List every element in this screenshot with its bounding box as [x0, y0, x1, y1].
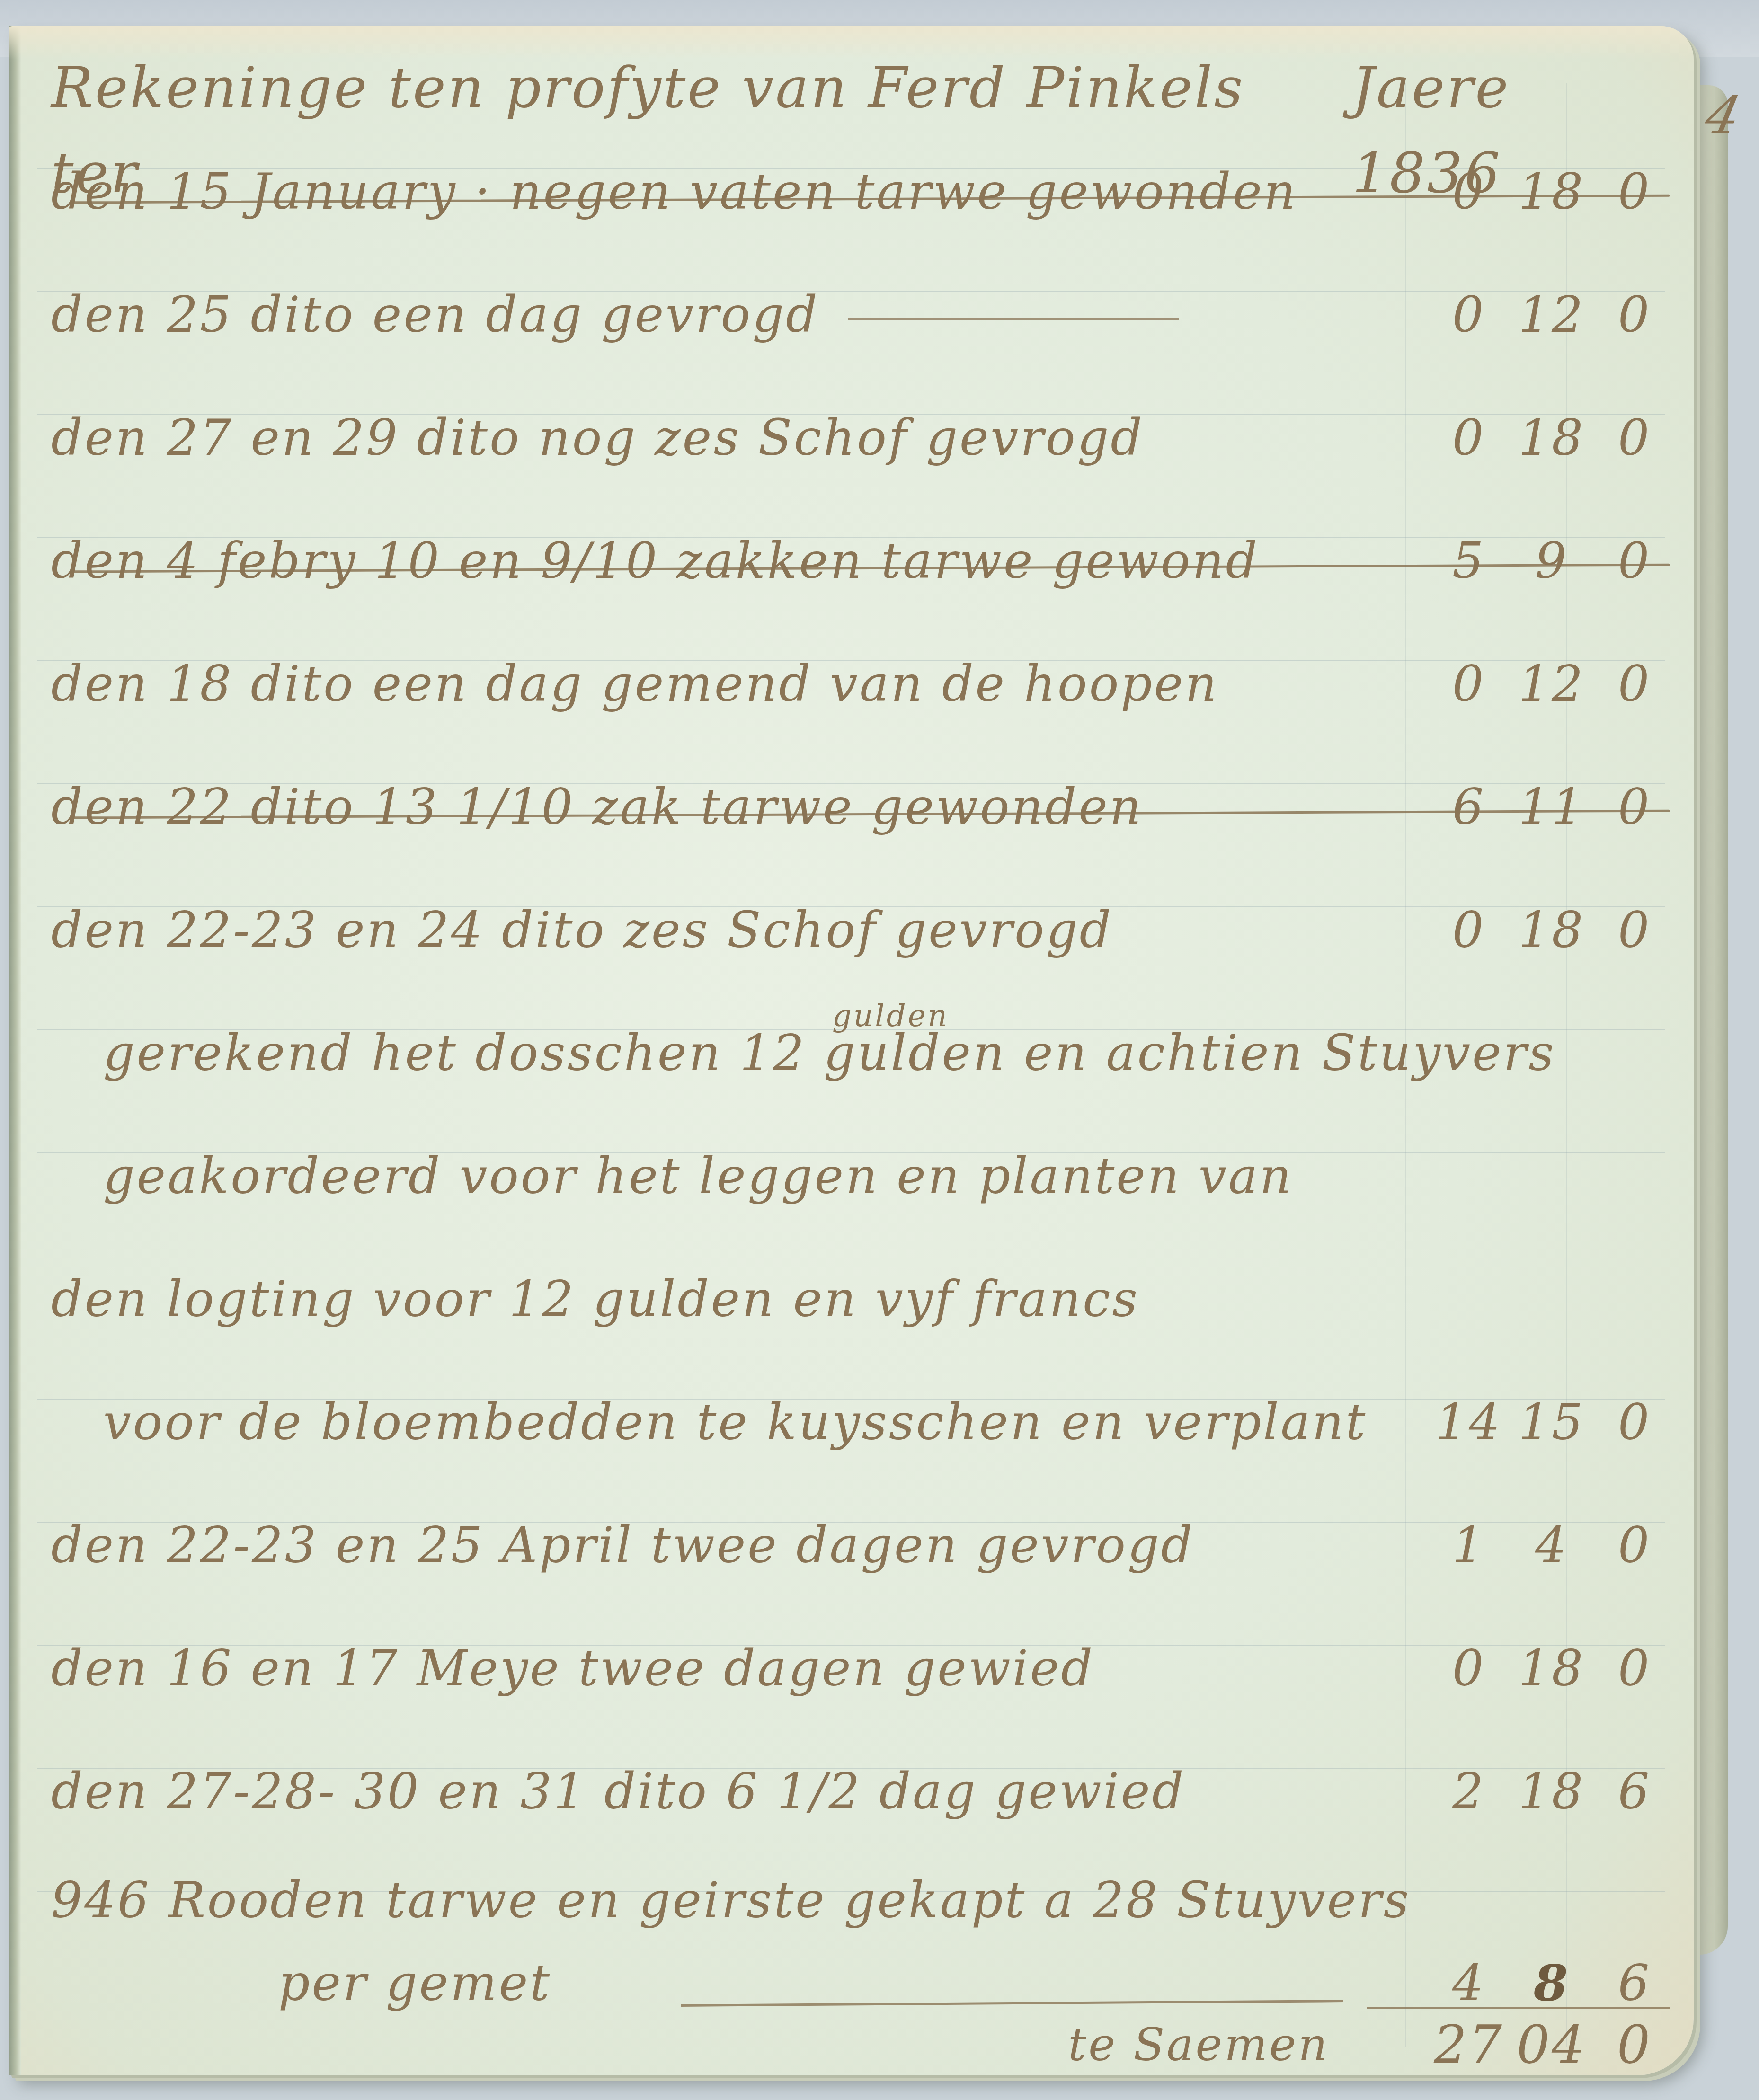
entry-description: geakordeerd voor het leggen en planten v… [51, 1147, 1429, 1205]
amount-stuivers: 18 [1511, 409, 1592, 467]
amount-stuivers: 15 [1511, 1393, 1592, 1451]
amount-stuivers: 18 [1511, 163, 1592, 221]
total-guldens: 27 [1429, 2014, 1509, 2075]
entry-amount: 0 18 0 [1429, 1639, 1679, 1697]
ledger-entry: voor de bloembedden te kuysschen en verp… [51, 1377, 1679, 1467]
entry-amount: 0 18 0 [1429, 163, 1679, 221]
entry-description: den 22 dito 13 1/10 zak tarwe gewonden [51, 778, 1429, 836]
ledger-entry: gerekend het dosschen 12 gulden en achti… [51, 1008, 1679, 1098]
entry-description: den 22-23 en 24 dito zes Schof gevrogd [51, 901, 1429, 959]
entry-description: gerekend het dosschen 12 gulden en achti… [51, 1024, 1556, 1082]
ledger-entry: 946 Rooden tarwe en geirste gekapt a 28 … [51, 1855, 1679, 1945]
amount-stuivers: 18 [1511, 1763, 1592, 1820]
amount-penningen: 0 [1594, 1516, 1675, 1574]
entry-description: 946 Rooden tarwe en geirste gekapt a 28 … [51, 1871, 1429, 1929]
amount-guldens: 0 [1429, 163, 1509, 221]
amount-guldens: 5 [1429, 532, 1509, 590]
entry-amount: 0 18 0 [1429, 901, 1679, 959]
ledger-entry: den 25 dito een dag gevrogd 0 12 0 [51, 270, 1679, 360]
book-spine [9, 26, 21, 2075]
amount-guldens: 6 [1429, 778, 1509, 836]
entry-amount: 0 12 0 [1429, 655, 1679, 713]
entry-description: den 22-23 en 25 April twee dagen gevrogd [51, 1516, 1429, 1574]
ledger-entry: geakordeerd voor het leggen en planten v… [51, 1131, 1679, 1221]
entry-amount: 1 4 0 [1429, 1516, 1679, 1574]
entry-description: den 27-28- 30 en 31 dito 6 1/2 dag gewie… [51, 1763, 1429, 1820]
ledger-entry: den 18 dito een dag gemend van de hoopen… [51, 639, 1679, 729]
entry-description: den 27 en 29 dito nog zes Schof gevrogd [51, 409, 1429, 467]
amount-stuivers: 18 [1511, 1639, 1592, 1697]
ledger-total: te Saemen 27 04 0 [51, 2000, 1679, 2090]
filler-line [848, 318, 1179, 320]
amount-stuivers: 12 [1511, 286, 1592, 344]
entry-description: den 25 dito een dag gevrogd [51, 286, 1429, 344]
amount-guldens: 1 [1429, 1516, 1509, 1574]
entry-description: den 4 febry 10 en 9/10 zakken tarwe gewo… [51, 532, 1429, 590]
amount-guldens: 2 [1429, 1763, 1509, 1820]
amount-penningen: 0 [1594, 901, 1675, 959]
ledger-entry: den 22-23 en 24 dito zes Schof gevrogd 0… [51, 885, 1679, 975]
entry-amount: 14 15 0 [1429, 1393, 1679, 1451]
amount-guldens: 0 [1429, 409, 1509, 467]
ledger-entry: den 27 en 29 dito nog zes Schof gevrogd … [51, 393, 1679, 483]
amount-penningen: 0 [1594, 1639, 1675, 1697]
ledger-entry: den 27-28- 30 en 31 dito 6 1/2 dag gewie… [51, 1746, 1679, 1836]
total-penningen: 0 [1594, 2014, 1675, 2075]
total-label: te Saemen [51, 2018, 1429, 2071]
total-stuivers: 04 [1511, 2014, 1592, 2075]
entry-amount: 0 18 0 [1429, 409, 1679, 467]
amount-penningen: 0 [1594, 409, 1675, 467]
amount-stuivers: 11 [1511, 778, 1592, 836]
amount-penningen: 0 [1594, 1393, 1675, 1451]
amount-guldens: 0 [1429, 901, 1509, 959]
entry-amount: 6 11 0 [1429, 778, 1679, 836]
entry-description: den 15 January · negen vaten tarwe gewon… [51, 163, 1429, 221]
entry-description: den 18 dito een dag gemend van de hoopen [51, 655, 1429, 713]
amount-penningen: 0 [1594, 778, 1675, 836]
amount-penningen: 6 [1594, 1763, 1675, 1820]
ledger-entry: den 16 en 17 Meye twee dagen gewied 0 18… [51, 1623, 1679, 1713]
amount-guldens: 0 [1429, 286, 1509, 344]
entry-amount: 2 18 6 [1429, 1763, 1679, 1820]
amount-stuivers: 18 [1511, 901, 1592, 959]
ledger-entry: den 22-23 en 25 April twee dagen gevrogd… [51, 1500, 1679, 1590]
ledger-entry: den 22 dito 13 1/10 zak tarwe gewonden 6… [51, 762, 1679, 852]
ledger-entry: den logting voor 12 gulden en vyf francs [51, 1254, 1679, 1344]
interlinear-insertion: gulden [832, 999, 949, 1034]
entry-amount: 5 9 0 [1429, 532, 1679, 590]
ledger-page: Rekeninge ten profyte van Ferd Pinkels t… [9, 26, 1694, 2075]
amount-penningen: 0 [1594, 286, 1675, 344]
amount-penningen: 0 [1594, 532, 1675, 590]
amount-penningen: 0 [1594, 163, 1675, 221]
ledger-entry: den 4 febry 10 en 9/10 zakken tarwe gewo… [51, 516, 1679, 606]
amount-guldens: 0 [1429, 1639, 1509, 1697]
ledger-entry: den 15 January · negen vaten tarwe gewon… [51, 147, 1679, 237]
entry-amount: 0 12 0 [1429, 286, 1679, 344]
amount-penningen: 0 [1594, 655, 1675, 713]
entry-description: voor de bloembedden te kuysschen en verp… [51, 1393, 1429, 1451]
amount-stuivers: 12 [1511, 655, 1592, 713]
amount-guldens: 0 [1429, 655, 1509, 713]
next-page-edge [1695, 85, 1728, 1955]
amount-stuivers: 4 [1511, 1516, 1592, 1574]
amount-guldens: 14 [1429, 1393, 1509, 1451]
total-amount: 27 04 0 [1429, 2014, 1679, 2075]
entry-description: den 16 en 17 Meye twee dagen gewied [51, 1639, 1429, 1697]
entry-text: den 25 dito een dag gevrogd [51, 286, 819, 344]
amount-stuivers: 9 [1511, 532, 1592, 590]
entry-description: den logting voor 12 gulden en vyf francs [51, 1270, 1429, 1328]
